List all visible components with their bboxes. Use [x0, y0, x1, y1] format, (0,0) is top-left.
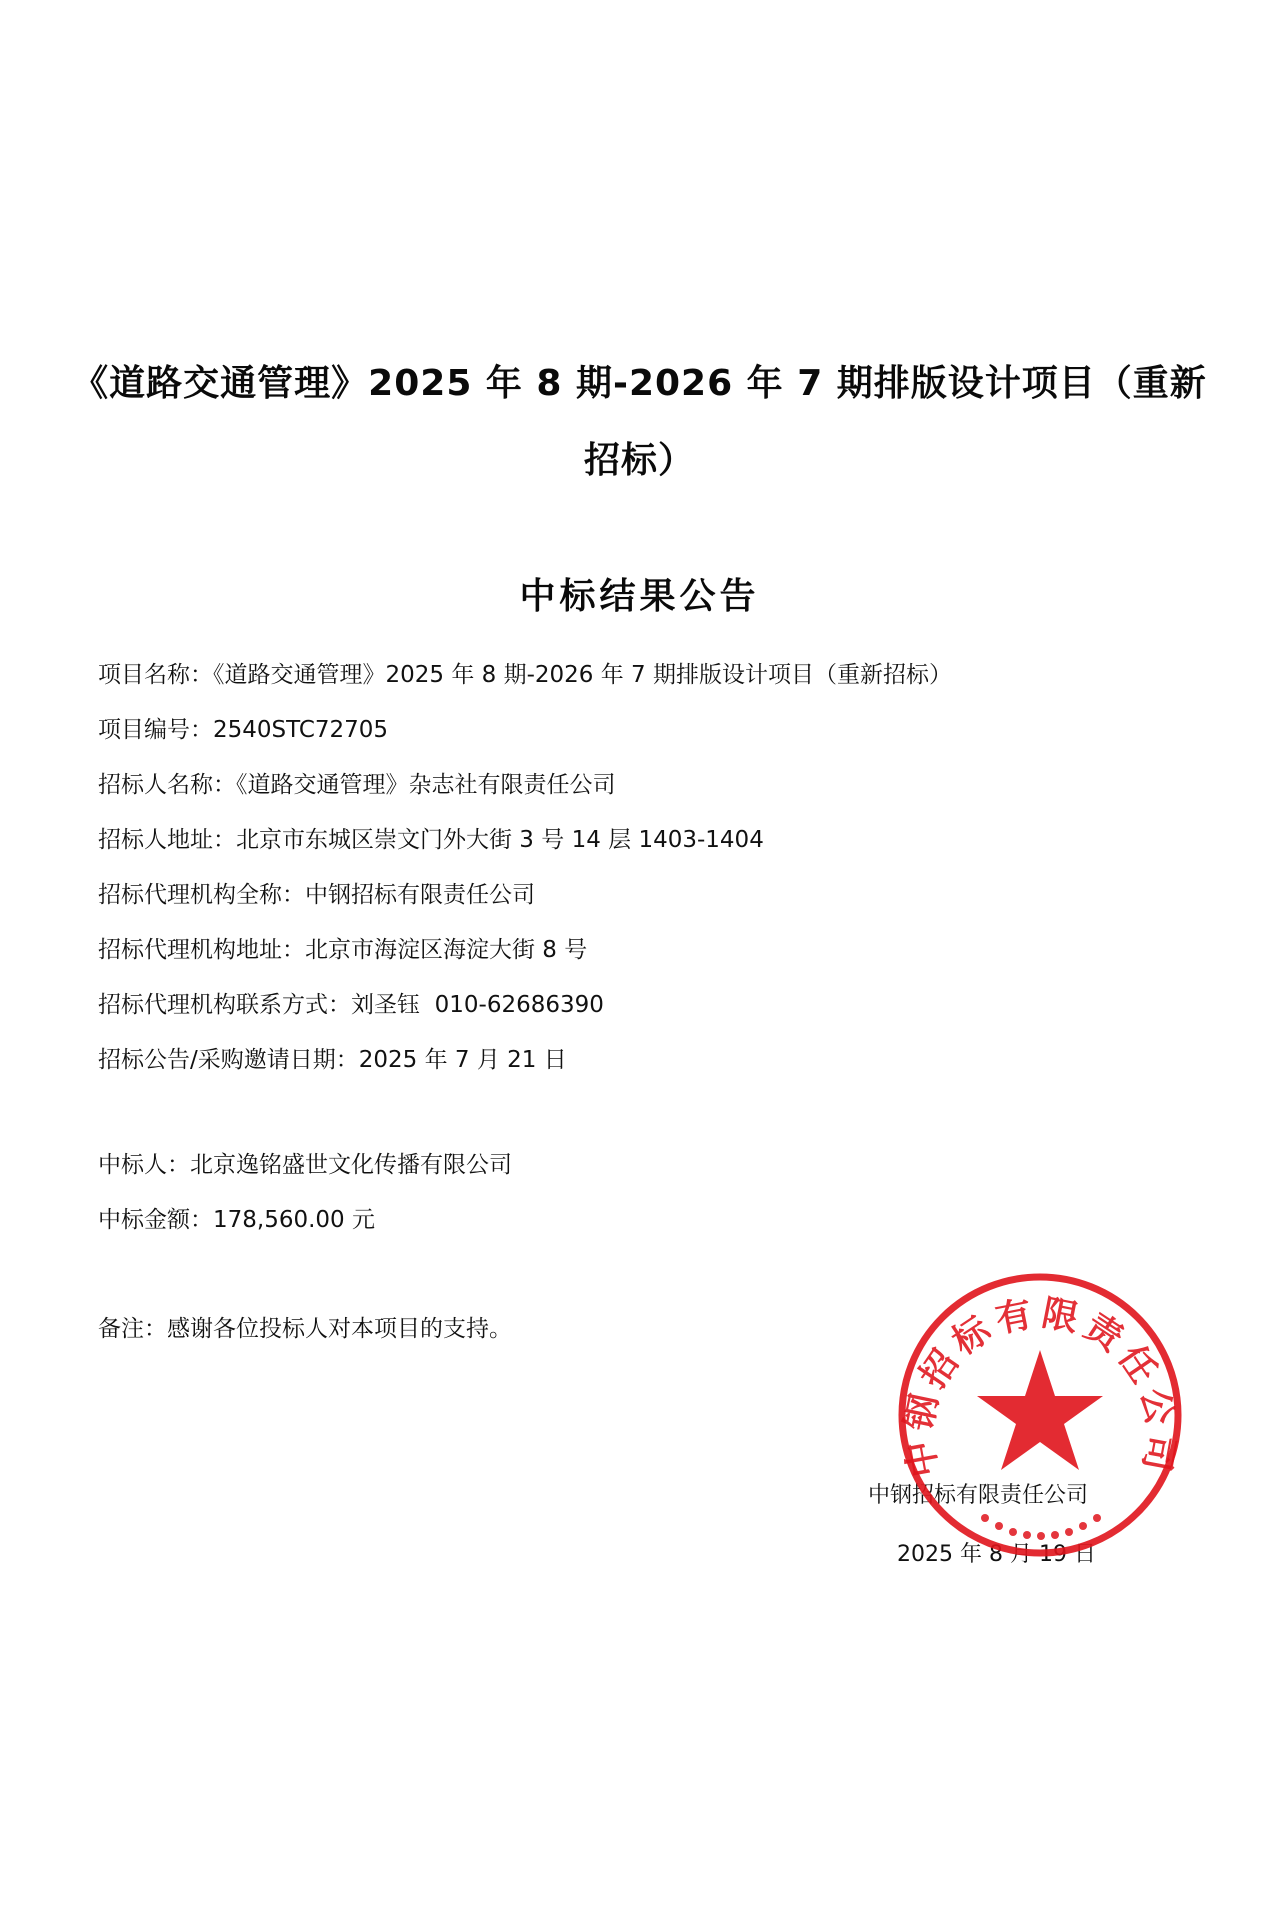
official-seal-icon: 中钢招标有限责任公司 — [895, 1270, 1185, 1560]
field-tenderer-name: 招标人名称：《道路交通管理》杂志社有限责任公司 — [98, 765, 952, 820]
field-project-name: 项目名称：《道路交通管理》2025 年 8 期-2026 年 7 期排版设计项目… — [98, 655, 952, 710]
field-agency-contact: 招标代理机构联系方式：刘圣钰 010-62686390 — [98, 985, 952, 1040]
field-agency-address: 招标代理机构地址：北京市海淀区海淀大街 8 号 — [98, 930, 952, 985]
field-tenderer-address: 招标人地址：北京市东城区崇文门外大街 3 号 14 层 1403-1404 — [98, 820, 952, 875]
field-remark: 备注：感谢各位投标人对本项目的支持。 — [98, 1310, 512, 1343]
info-fields: 项目名称：《道路交通管理》2025 年 8 期-2026 年 7 期排版设计项目… — [98, 655, 952, 1095]
document-title-line2: 招标） — [0, 432, 1279, 483]
field-project-number: 项目编号：2540STC72705 — [98, 710, 952, 765]
field-amount: 中标金额：178,560.00 元 — [98, 1200, 512, 1255]
field-announcement-date: 招标公告/采购邀请日期：2025 年 7 月 21 日 — [98, 1040, 952, 1095]
field-agency-name: 招标代理机构全称：中钢招标有限责任公司 — [98, 875, 952, 930]
document-title-line1: 《道路交通管理》2025 年 8 期-2026 年 7 期排版设计项目（重新 — [0, 355, 1279, 406]
field-winner: 中标人：北京逸铭盛世文化传播有限公司 — [98, 1145, 512, 1200]
result-fields: 中标人：北京逸铭盛世文化传播有限公司 中标金额：178,560.00 元 — [98, 1145, 512, 1255]
document-subtitle: 中标结果公告 — [0, 568, 1279, 619]
